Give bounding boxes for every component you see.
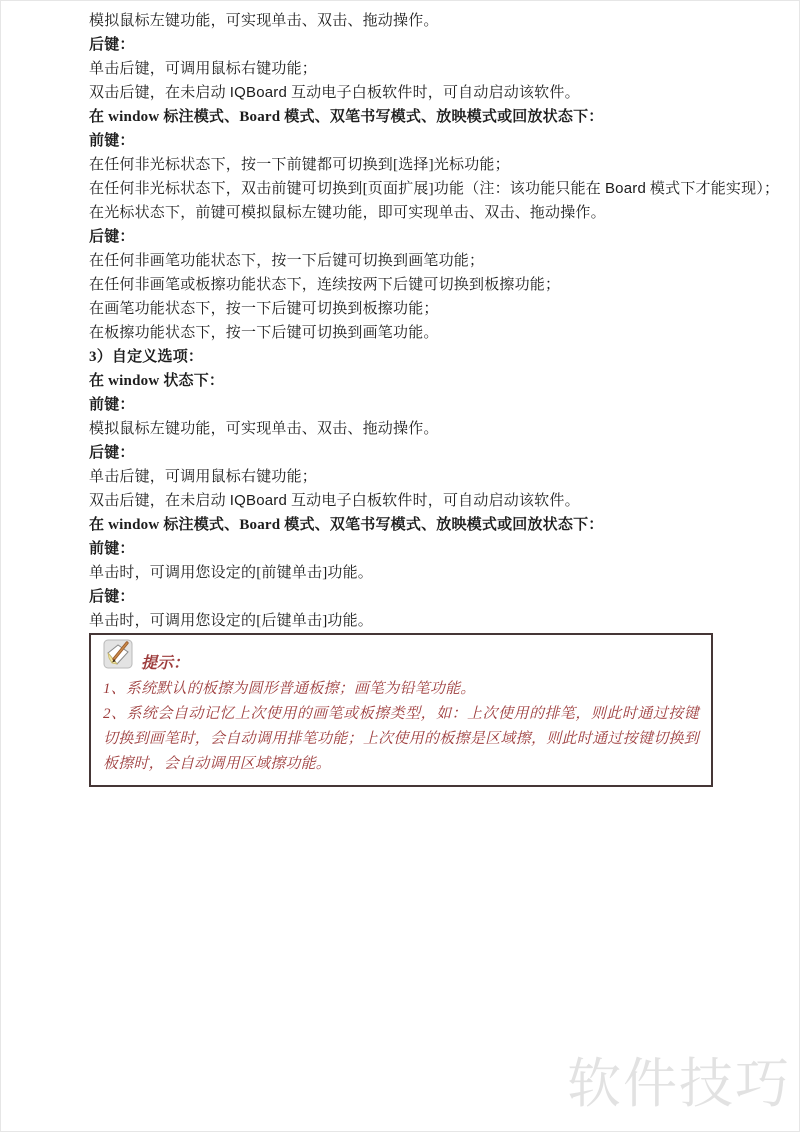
doc-line-1: 模拟鼠标左键功能，可实现单击、双击、拖动操作。: [89, 9, 715, 33]
note-pencil-icon: [103, 639, 133, 669]
doc-line-20: 单击后键，可调用鼠标右键功能；: [89, 465, 715, 489]
document-body: 模拟鼠标左键功能，可实现单击、双击、拖动操作。后键：单击后键，可调用鼠标右键功能…: [89, 9, 715, 633]
doc-line-10: 后键：: [89, 225, 715, 249]
tip-item-2: 2、系统会自动记忆上次使用的画笔或板擦类型，如：上次使用的排笔，则此时通过按键切…: [103, 702, 699, 777]
doc-line-7: 在任何非光标状态下，按一下前键都可切换到[选择]光标功能；: [89, 153, 715, 177]
doc-line-4: 双击后键，在未启动 IQBoard 互动电子白板软件时，可自动启动该软件。: [89, 81, 715, 105]
doc-line-14: 在板擦功能状态下，按一下后键可切换到画笔功能。: [89, 321, 715, 345]
doc-line-19: 后键：: [89, 441, 715, 465]
doc-line-25: 后键：: [89, 585, 715, 609]
doc-line-24: 单击时，可调用您设定的[前键单击]功能。: [89, 561, 715, 585]
doc-line-17: 前键：: [89, 393, 715, 417]
doc-line-12: 在任何非画笔或板擦功能状态下，连续按两下后键可切换到板擦功能；: [89, 273, 715, 297]
doc-line-15: 3）自定义选项：: [89, 345, 715, 369]
doc-line-11: 在任何非画笔功能状态下，按一下后键可切换到画笔功能；: [89, 249, 715, 273]
tip-box: 提示： 1、系统默认的板擦为圆形普通板擦；画笔为铅笔功能。 2、系统会自动记忆上…: [89, 633, 713, 787]
doc-line-16: 在 window 状态下：: [89, 369, 715, 393]
tip-item-1: 1、系统默认的板擦为圆形普通板擦；画笔为铅笔功能。: [103, 677, 699, 702]
doc-line-13: 在画笔功能状态下，按一下后键可切换到板擦功能；: [89, 297, 715, 321]
doc-line-3: 单击后键，可调用鼠标右键功能；: [89, 57, 715, 81]
doc-line-8: 在任何非光标状态下，双击前键可切换到[页面扩展]功能（注：该功能只能在 Boar…: [89, 177, 715, 201]
doc-line-2: 后键：: [89, 33, 715, 57]
doc-line-6: 前键：: [89, 129, 715, 153]
doc-line-5: 在 window 标注模式、Board 模式、双笔书写模式、放映模式或回放状态下…: [89, 105, 715, 129]
doc-line-9: 在光标状态下，前键可模拟鼠标左键功能，即可实现单击、双击、拖动操作。: [89, 201, 715, 225]
tip-heading: 提示：: [141, 650, 189, 675]
document-page: 模拟鼠标左键功能，可实现单击、双击、拖动操作。后键：单击后键，可调用鼠标右键功能…: [0, 0, 800, 1132]
doc-line-21: 双击后键，在未启动 IQBoard 互动电子白板软件时，可自动启动该软件。: [89, 489, 715, 513]
tip-header: 提示：: [103, 639, 699, 675]
watermark-text: 软件技巧: [567, 1041, 791, 1118]
doc-line-18: 模拟鼠标左键功能，可实现单击、双击、拖动操作。: [89, 417, 715, 441]
doc-line-23: 前键：: [89, 537, 715, 561]
doc-line-26: 单击时，可调用您设定的[后键单击]功能。: [89, 609, 715, 633]
doc-line-22: 在 window 标注模式、Board 模式、双笔书写模式、放映模式或回放状态下…: [89, 513, 715, 537]
